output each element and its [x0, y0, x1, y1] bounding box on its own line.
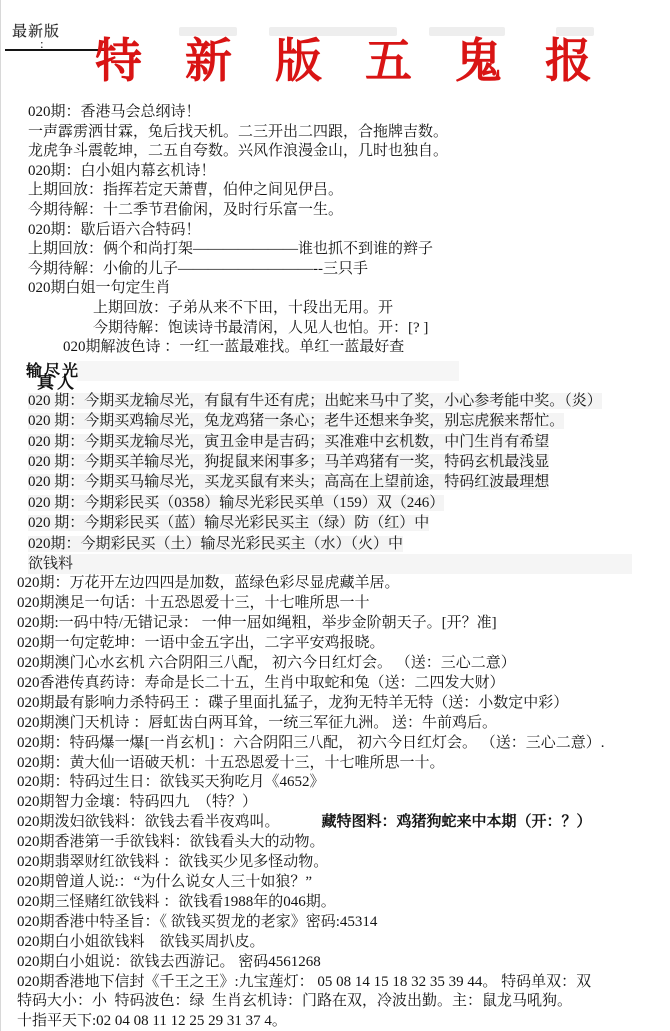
- edition-label: 最新版: [12, 20, 60, 41]
- text-line: 020期澳门心水玄机 六合阴阳三八配， 初六今日红灯会。 （送：三心二意）: [17, 654, 670, 674]
- text-line: 020期：特码过生日：欲钱买天狗吃月《4652》: [17, 773, 670, 793]
- tip-sheet-content: 020期：香港马会总纲诗！一声霹雳洒甘霖，兔后找天机。二三开出二四跟，合拖牌吉数…: [1, 103, 670, 1031]
- text-line: 020期智力金壤：特码四九 （特？）: [17, 793, 670, 813]
- page-title: 特新版五鬼报: [95, 34, 635, 90]
- section-heading-shujinguang: 输尽光 真人: [1, 358, 670, 391]
- text-line: 020期白姐一句定生肖: [28, 279, 670, 299]
- text-line: 十指平天下:02 04 08 11 12 25 29 31 37 4。: [17, 1012, 670, 1031]
- heading-zhenren-overlap: 真人: [37, 368, 77, 393]
- text-line: 020 期：今期买马输尽光，买龙买鼠有来头；高高在上望前途，特码红波最理想: [28, 472, 670, 492]
- text-line: 020期：万花开左边四四是加数，蓝绿色彩尽显虎藏羊居。: [17, 574, 670, 594]
- section-shujinguang: 020 期：今期买龙输尽光，有鼠有牛还有虎；出蛇来马中了奖，小心参考能中奖。（炎…: [1, 391, 670, 575]
- text-line: 上期回放：俩个和尚打架———————谁也抓不到谁的辫子: [28, 240, 670, 260]
- text-line: 020 期：今期买鸡输尽光，兔龙鸡猪一条心；老牛还想来争奖，别忘虎猴来帮忙。: [28, 411, 670, 431]
- text-line: 020期白小姐说：欲钱去西游记。 密码4561268: [17, 953, 670, 973]
- text-line: 020期：香港马会总纲诗！: [28, 103, 670, 123]
- text-line: 020期:一码中特/无错记录： 一伸一屈如绳粗，举步金阶朝天子。[开？准]: [17, 614, 670, 634]
- text-line: 020期一句定乾坤：一语中金五字出，二字平安鸡报晓。: [17, 634, 670, 654]
- section-poems: 020期：香港马会总纲诗！一声霹雳洒甘霖，兔后找天机。二三开出二四跟，合拖牌吉数…: [1, 103, 670, 358]
- text-line: 上期回放：子弟从来不下田，十段出无用。开: [93, 299, 670, 319]
- text-line: 今期待解：十二季节君偷闲，及时行乐富一生。: [28, 201, 670, 221]
- text-line: 020 期：今期彩民买（0358）输尽光彩民买单（159）双（246）: [28, 493, 670, 513]
- section-yuqianliao: 020期：万花开左边四四是加数，蓝绿色彩尽显虎藏羊居。020期澳足一句话：十五恐…: [1, 574, 670, 1031]
- text-line: 020期：特码爆一爆[一肖玄机] ：六合阴阳三八配， 初六今日红灯会。 （送：三…: [17, 734, 670, 754]
- text-line: 欲钱料: [28, 554, 632, 574]
- text-line: 今期待解：饱读诗书最清闲，人见人也怕。开：[? ]: [93, 319, 670, 339]
- text-line: 020期澳门天机诗 ：唇虹齿白两耳耸，一统三军征九洲。 送：牛前鸡后。: [17, 714, 670, 734]
- text-line: 020香港传真药诗：寿命是长二十五，生肖中取蛇和兔（送：二四发大财）: [17, 674, 670, 694]
- text-line: 020期：黄大仙一语破天机：十五恐恩爱十三，十七唯所思一十。: [17, 754, 670, 774]
- text-line: 020期曾道人说:：“为什么说女人三十如狼？”: [17, 873, 670, 893]
- text-line: 020期翡翠财红欲钱料 ：欲钱买少见多怪动物。: [17, 853, 670, 873]
- header-rule: [5, 49, 108, 51]
- text-line: 020期香港第一手欲钱料：欲钱看头大的动物。: [17, 833, 670, 853]
- text-line: 020期解波色诗 ：一红一蓝最难找。单红一蓝最好查: [63, 338, 670, 358]
- text-line: 020期香港中特圣旨：《 欲钱买贺龙的老家》密码:45314: [17, 913, 670, 933]
- text-line: 特码大小：小 特码波色：绿 生肖玄机诗：门路在双，冷波出勤。主：鼠龙马吼狗。: [17, 992, 670, 1012]
- bold-tail-text: 藏特图料：鸡猪狗蛇来中本期（开：？）: [322, 814, 592, 830]
- text-line: 今期待解：小偷的儿子—————————--三只手: [28, 260, 670, 280]
- text-line: 一声霹雳洒甘霖，兔后找天机。二三开出二四跟，合拖牌吉数。: [28, 123, 670, 143]
- text-line: 上期回放：指挥若定天萧曹，伯仲之间见伊吕。: [28, 181, 670, 201]
- text-line: 020 期：今期买羊输尽光，狗捉鼠来闲事多；马羊鸡猪有一奖，特码玄机最浅显: [28, 452, 670, 472]
- text-line: 020期：歇后语六合特码！: [28, 221, 670, 241]
- text-line: 020期：今期彩民买（土）输尽光彩民买主（水）（火）中: [28, 534, 670, 554]
- text-line: 020期白小姐欲钱料 欲钱买周扒皮。: [17, 933, 670, 953]
- text-line: 020期三怪赌红欲钱料 ：欲钱看1988年的046期。: [17, 893, 670, 913]
- text-line: 020期最有影响力杀特码王 ：碟子里面扎猛子，龙狗无特羊无特（送：小数定中彩）: [17, 694, 670, 714]
- text-line: 龙虎争斗震乾坤，二五自夸数。兴风作浪漫金山，几时也独自。: [28, 142, 670, 162]
- text-line: 020 期：今期买龙输尽光，有鼠有牛还有虎；出蛇来马中了奖，小心参考能中奖。（炎…: [28, 391, 670, 411]
- text-line: 020期澳足一句话：十五恐恩爱十三，十七唯所思一十: [17, 594, 670, 614]
- tip-sheet-page: 最新版 : 特新版五鬼报 020期：香港马会总纲诗！一声霹雳洒甘霖，兔后找天机。…: [0, 0, 670, 1031]
- masthead: 最新版 : 特新版五鬼报: [1, 0, 670, 100]
- text-line: 020期泼妇欲钱料：欲钱去看半夜鸡叫。藏特图料：鸡猪狗蛇来中本期（开：？）: [17, 813, 670, 833]
- text-line: 020期：白小姐内幕玄机诗！: [28, 162, 670, 182]
- text-line: 020 期：今期买龙输尽光，寅丑金申是吉码；买准难中玄机数，中门生肖有希望: [28, 432, 670, 452]
- text-line: 020期香港地下信封《千王之王》:九宝莲灯： 05 08 14 15 18 32…: [17, 973, 670, 993]
- scan-artifact: [77, 361, 459, 381]
- text-line: 020 期：今期彩民买（蓝）输尽光彩民买主（绿）防（红）中: [28, 513, 670, 533]
